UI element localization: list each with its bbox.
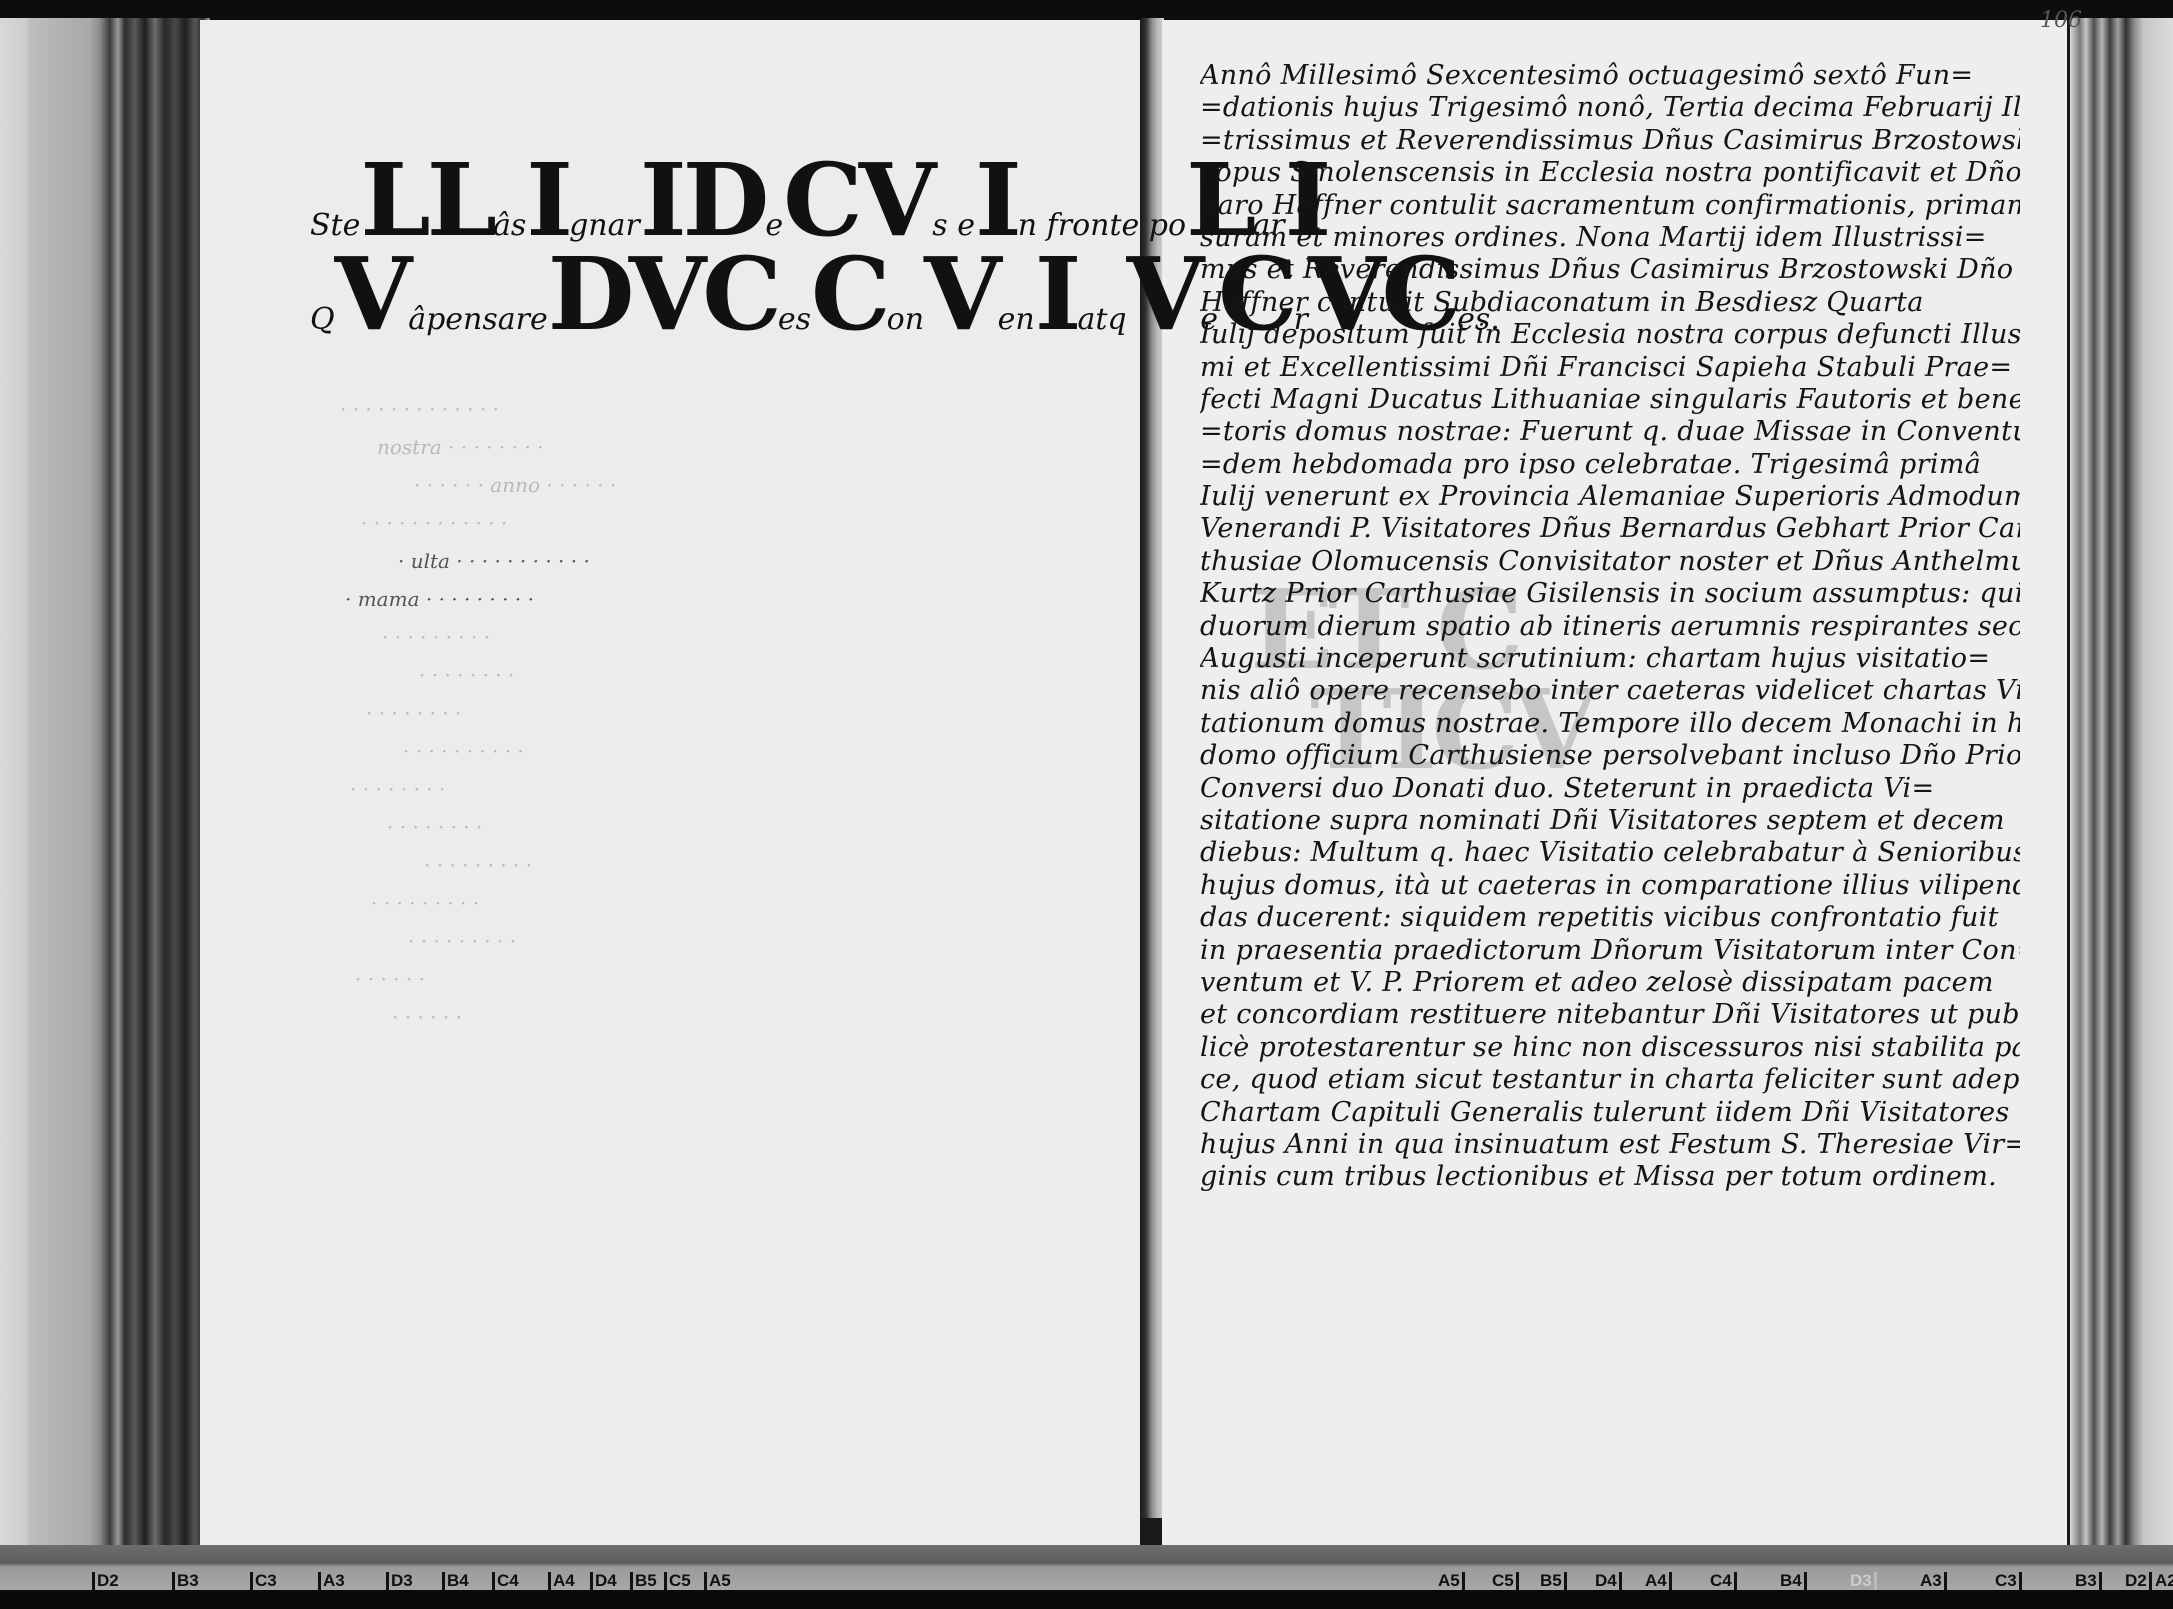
color-chart-label: D3 [1850,1572,1877,1590]
manuscript-line: thusiae Olomucensis Convisitator noster … [1200,546,2020,578]
heading-segment: â [493,208,511,243]
color-chart-label: B5 [1540,1572,1567,1590]
heading-segment: V [335,235,409,353]
manuscript-line: Chartam Capituli Generalis tulerunt iide… [1200,1097,2020,1129]
heading-segment: s [511,208,526,243]
manuscript-line: Kurtz Prior Carthusiae Gisilensis in soc… [1200,578,2020,610]
heading-segment: en [998,302,1035,337]
manuscript-line: =toris domus nostrae: Fuerunt q. duae Mi… [1200,416,2020,448]
manuscript-line: paro Haffner contulit sacramentum confir… [1200,190,2020,222]
manuscript-line: ginis cum tribus lectionibus et Missa pe… [1200,1161,2020,1193]
scan-frame-top [0,0,2173,20]
manuscript-line: hujus domus, ità ut caeteras in comparat… [1200,870,2020,902]
manuscript-line: =dationis hujus Trigesimô nonô, Tertia d… [1200,92,2020,124]
color-chart-label: C5 [1492,1572,1519,1590]
color-chart-label: C4 [492,1572,519,1590]
color-chart-label: C3 [1995,1572,2022,1590]
bleed-line: · ulta · · · · · · · · · · · [340,542,900,580]
bleed-line: · · · · · · · · · · · · · [340,390,900,428]
heading-segment: DVC [548,235,778,353]
color-chart-label: B4 [442,1572,469,1590]
color-chart-label: B3 [172,1572,199,1590]
color-chart-label: B5 [630,1572,657,1590]
bleed-line: · · · · · · · · · [340,922,900,960]
manuscript-line: et concordiam restituere nitebantur Dñi … [1200,999,2020,1031]
manuscript-line: ventum et V. P. Priorem et adeo zelosè d… [1200,967,2020,999]
color-chart-label: A3 [318,1572,345,1590]
heading-segment: I [1035,235,1078,353]
color-chart-label: A5 [704,1572,731,1590]
color-chart-label: D4 [1595,1572,1622,1590]
heading-segment: V [924,235,998,353]
color-chart-label: A4 [1645,1572,1672,1590]
manuscript-line: tationum domus nostrae. Tempore illo dec… [1200,708,2020,740]
bleed-line: · · · · · · [340,960,900,998]
bleed-line: · · · · · · anno · · · · · · [340,466,900,504]
left-page-stack-edge [0,18,210,1578]
color-chart-label: C3 [250,1572,277,1590]
manuscript-line: Conversi duo Donati duo. Steterunt in pr… [1200,773,2020,805]
manuscript-text: Annô Millesimô Sexcentesimô octuagesimô … [1200,60,2020,1194]
manuscript-line: Venerandi P. Visitatores Dñus Bernardus … [1200,513,2020,545]
manuscript-line: =trissimus et Reverendissimus Dñus Casim… [1200,125,2020,157]
color-chart-label: D3 [386,1572,413,1590]
manuscript-line: Iulij depositum fuit in Ecclesia nostra … [1200,319,2020,351]
color-chart-label: D2 [92,1572,119,1590]
manuscript-line: duorum dierum spatio ab itineris aerumni… [1200,611,2020,643]
color-chart-right: A5C5B5D4A4C4B4D3A3C3B3D2A2 [1420,1572,2173,1592]
right-page-stack-edge [2070,18,2173,1558]
chronogram-heading: SteLLâsIgnarIDeCVs eIn fronte poLarI QVâ… [310,150,1110,344]
manuscript-line: das ducerent: siquidem repetitis vicibus… [1200,902,2020,934]
scan-frame-bottom [0,1590,2173,1609]
color-chart-label: C4 [1710,1572,1737,1590]
heading-segment: V [1127,235,1201,353]
manuscript-line: ce, quod etiam sicut testantur in charta… [1200,1064,2020,1096]
bleed-line: nostra · · · · · · · · [340,428,900,466]
manuscript-line: mi et Excellentissimi Dñi Francisci Sapi… [1200,352,2020,384]
page-number: 106 [2040,8,2082,33]
bleed-line: · · · · · · · · · [340,846,900,884]
bleed-line: · · · · · · · · [340,694,900,732]
bleed-line: · · · · · · · · [340,770,900,808]
manuscript-line: diebus: Multum q. haec Visitatio celebra… [1200,837,2020,869]
heading-segment: es [778,302,811,337]
bleed-line: · · · · · · [340,998,900,1036]
manuscript-line: Augusti inceperunt scrutinium: chartam h… [1200,643,2020,675]
heading-segment: Q [310,302,335,337]
manuscript-line: Iulij venerunt ex Provincia Alemaniae Su… [1200,481,2020,513]
heading-segment: on [887,302,924,337]
manuscript-line: Annô Millesimô Sexcentesimô octuagesimô … [1200,60,2020,92]
color-chart-label: C5 [664,1572,691,1590]
color-chart-label: D4 [590,1572,617,1590]
bleed-line: · · · · · · · · · · · · [340,504,900,542]
manuscript-line: domo officium Carthusiense persolvebant … [1200,740,2020,772]
bleed-line: · mama · · · · · · · · · [340,580,900,618]
color-chart-label: B3 [2075,1572,2102,1590]
color-chart-label: A3 [1920,1572,1947,1590]
heading-segment: âpensare [408,302,548,337]
manuscript-line: copus Smolenscensis in Ecclesia nostra p… [1200,157,2020,189]
manuscript-line: sitatione supra nominati Dñi Visitatores… [1200,805,2020,837]
manuscript-line: licè protestarentur se hinc non discessu… [1200,1032,2020,1064]
color-chart-label: D2 [2125,1572,2152,1590]
color-chart-label: A4 [548,1572,575,1590]
heading-segment: atq [1077,302,1126,337]
manuscript-line: nis aliô opere recensebo inter caeteras … [1200,675,2020,707]
bleed-through-text: · · · · · · · · · · · · ·nostra · · · · … [340,390,900,1036]
bleed-line: · · · · · · · · [340,808,900,846]
manuscript-line: =dem hebdomada pro ipso celebratae. Trig… [1200,449,2020,481]
manuscript-line: Haffner contulit Subdiaconatum in Besdie… [1200,287,2020,319]
color-chart-label: B4 [1780,1572,1807,1590]
heading-segment: C [811,235,887,353]
manuscript-line: in praesentia praedictorum Dñorum Visita… [1200,935,2020,967]
heading-line-2: QVâpensareDVCesConVenIatqVeCrVCes. [310,244,1110,344]
manuscript-line: hujus Anni in qua insinuatum est Festum … [1200,1129,2020,1161]
bleed-line: · · · · · · · · · · [340,732,900,770]
manuscript-line: mus et Reverendissimus Dñus Casimirus Br… [1200,254,2020,286]
bleed-line: · · · · · · · · · [340,884,900,922]
color-chart-label: A5 [1438,1572,1465,1590]
color-chart-left: D2B3C3A3D3B4C4A4D4B5C5A5 [0,1572,760,1592]
manuscript-line: suram et minores ordines. Nona Martij id… [1200,222,2020,254]
color-chart-label: A2 [2155,1572,2173,1590]
bleed-line: · · · · · · · · [340,656,900,694]
bleed-line: · · · · · · · · · [340,618,900,656]
manuscript-line: fecti Magni Ducatus Lithuaniae singulari… [1200,384,2020,416]
